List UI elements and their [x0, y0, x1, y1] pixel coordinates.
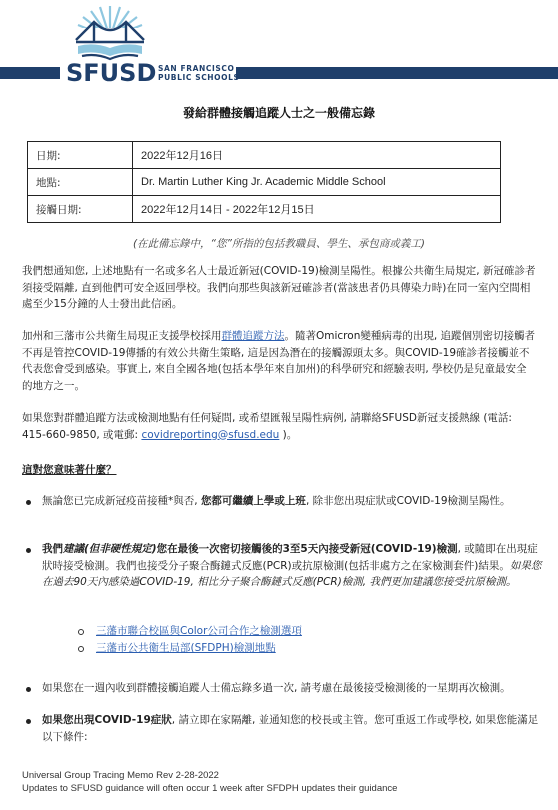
bridge-book-emblem-icon: [70, 4, 150, 64]
logo-subtitle-line2: PUBLIC SCHOOLS: [158, 73, 240, 82]
logo-bar-left: [0, 67, 60, 79]
contact-paragraph: 如果您對群體追蹤方法或檢測地點有任何疑問, 或希望匯報呈陽性病例, 請聯絡SFU…: [22, 410, 537, 443]
date-label: 日期:: [28, 142, 133, 169]
memo-info-table: 日期: 2022年12月16日 地點: Dr. Martin Luther Ki…: [27, 141, 501, 223]
exposure-date-label: 接觸日期:: [28, 196, 133, 223]
location-value: Dr. Martin Luther King Jr. Academic Midd…: [133, 169, 501, 196]
bullet-text-bold: 您在最後一次密切接觸後的3至5天內接受新冠(COVID-19)檢測: [157, 543, 458, 555]
bullet-dot-icon: [26, 548, 31, 553]
intro-paragraph: 我們想通知您, 上述地點有一名或多名人士最近新冠(COVID-19)檢測呈陽性。…: [22, 263, 537, 313]
testing-links-list: 三藩市聯合校區與Color公司合作之檢測選項 三藩市公共衛生局部(SFDPH)檢…: [78, 623, 302, 657]
sfusd-logo-header: SFUSD SAN FRANCISCO PUBLIC SCHOOLS: [0, 0, 558, 92]
bullet-text: 我們建議(但非硬性規定)您在最後一次密切接觸後的3至5天內接受新冠(COVID-…: [42, 541, 542, 591]
list-item: 三藩市聯合校區與Color公司合作之檢測選項: [78, 623, 302, 640]
table-row: 地點: Dr. Martin Luther King Jr. Academic …: [28, 169, 501, 196]
bullet-text-part: 無論您已完成新冠疫苗接種*與否,: [42, 495, 201, 507]
date-value: 2022年12月16日: [133, 142, 501, 169]
bullet-text-bold: 您都可繼續上學或上班: [201, 495, 306, 507]
bullet-text-bold-italic: 建議(但非硬性規定): [63, 543, 157, 555]
bullet-dot-icon: [26, 500, 31, 505]
location-label: 地點:: [28, 169, 133, 196]
logo-bar-right: [236, 67, 558, 79]
bullet-text-bold: 如果您出現COVID-19症狀: [42, 714, 172, 726]
group-tracing-link[interactable]: 群體追蹤方法: [222, 330, 285, 342]
table-row: 日期: 2022年12月16日: [28, 142, 501, 169]
logo-wordmark: SFUSD: [66, 60, 156, 86]
bullet-text: 如果您出現COVID-19症狀, 請立即在家隔離, 並通知您的校長或主管。您可重…: [42, 712, 542, 745]
footer-revision: Universal Group Tracing Memo Rev 2-28-20…: [22, 769, 397, 782]
bullet-text: 無論您已完成新冠疫苗接種*與否, 您都可繼續上學或上班, 除非您出現症狀或COV…: [42, 493, 542, 510]
bullet-text-part: , 除非您出現症狀或COVID-19檢測呈陽性。: [306, 495, 511, 507]
exposure-date-value: 2022年12月14日 - 2022年12月15日: [133, 196, 501, 223]
paragraph-text: )。: [279, 429, 297, 441]
footer-update-note: Updates to SFUSD guidance will often occ…: [22, 782, 397, 795]
bullet-dot-icon: [26, 687, 31, 692]
bullet-text: 如果您在一週內收到群體接觸追蹤人士備忘錄多過一次, 請考慮在最後接受檢測後的一星…: [42, 680, 542, 697]
definition-note: (在此備忘錄中，“您”所指的包括教職員、學生、承包商或義工): [0, 236, 558, 251]
covid-reporting-email-link[interactable]: covidreporting@sfusd.edu: [141, 429, 279, 441]
hollow-bullet-icon: [78, 629, 84, 635]
memo-page: SFUSD SAN FRANCISCO PUBLIC SCHOOLS 發給群體接…: [0, 0, 558, 810]
section-heading: 這對您意味著什麼？: [22, 462, 117, 477]
group-tracing-paragraph: 加州和三藩市公共衛生局現正支援學校採用群體追蹤方法。隨著Omicron變種病毒的…: [22, 328, 537, 394]
hollow-bullet-icon: [78, 646, 84, 652]
sfdph-testing-sites-link[interactable]: 三藩市公共衛生局部(SFDPH)檢測地點: [96, 642, 276, 654]
logo-subtitle: SAN FRANCISCO PUBLIC SCHOOLS: [158, 64, 240, 82]
bullet-dot-icon: [26, 719, 31, 724]
paragraph-text: 加州和三藩市公共衛生局現正支援學校採用: [22, 330, 222, 342]
list-item: 三藩市公共衛生局部(SFDPH)檢測地點: [78, 640, 302, 657]
color-testing-options-link[interactable]: 三藩市聯合校區與Color公司合作之檢測選項: [96, 625, 302, 637]
bullet-text-bold: 我們: [42, 543, 63, 555]
memo-title: 發給群體接觸追蹤人士之一般備忘錄: [0, 104, 558, 121]
page-footer: Universal Group Tracing Memo Rev 2-28-20…: [22, 769, 397, 795]
logo-subtitle-line1: SAN FRANCISCO: [158, 64, 240, 73]
table-row: 接觸日期: 2022年12月14日 - 2022年12月15日: [28, 196, 501, 223]
